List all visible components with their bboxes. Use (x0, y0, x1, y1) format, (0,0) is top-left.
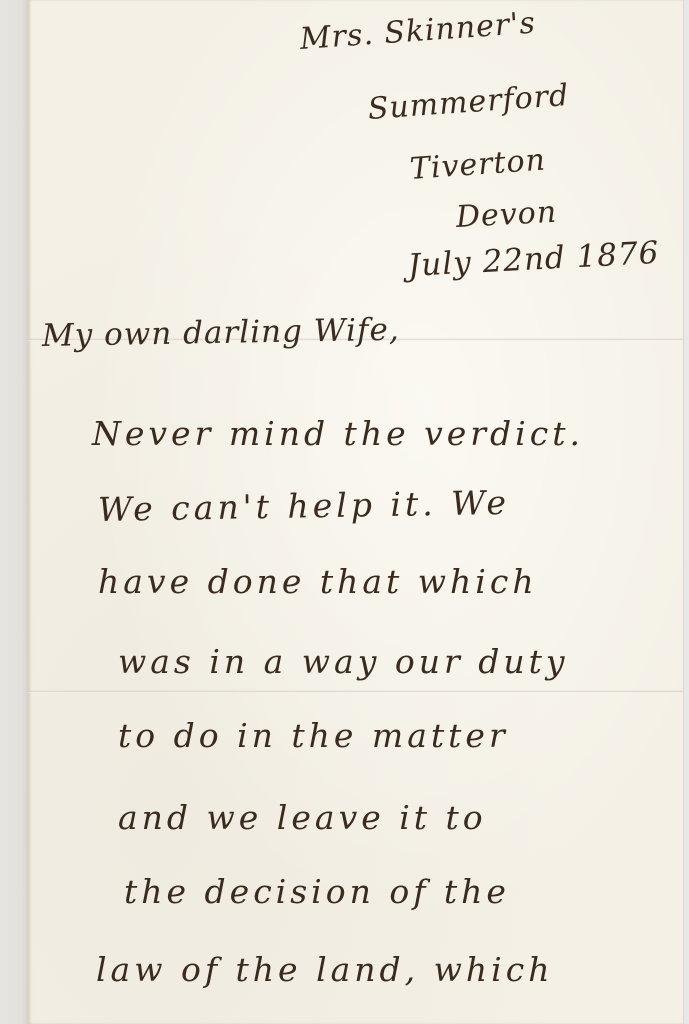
body-line: We can't help it. We (98, 483, 511, 529)
body-line: the decision of the (124, 872, 510, 911)
body-line: have done that which (98, 562, 538, 601)
paper-right-edge (683, 0, 689, 1024)
body-line: Never mind the verdict. (92, 414, 584, 453)
body-line: and we leave it to (118, 798, 487, 837)
body-line: was in a way our duty (118, 642, 569, 681)
scanned-letter-page: Mrs. Skinner's Summerford Tiverton Devon… (0, 0, 689, 1024)
body-line: law of the land, which (96, 950, 553, 989)
scan-backing-strip (0, 0, 28, 1024)
salutation: My own darling Wife, (42, 312, 400, 354)
paper-fold-line (28, 690, 683, 693)
address-line: Devon (455, 195, 558, 235)
body-line: to do in the matter (118, 716, 509, 755)
